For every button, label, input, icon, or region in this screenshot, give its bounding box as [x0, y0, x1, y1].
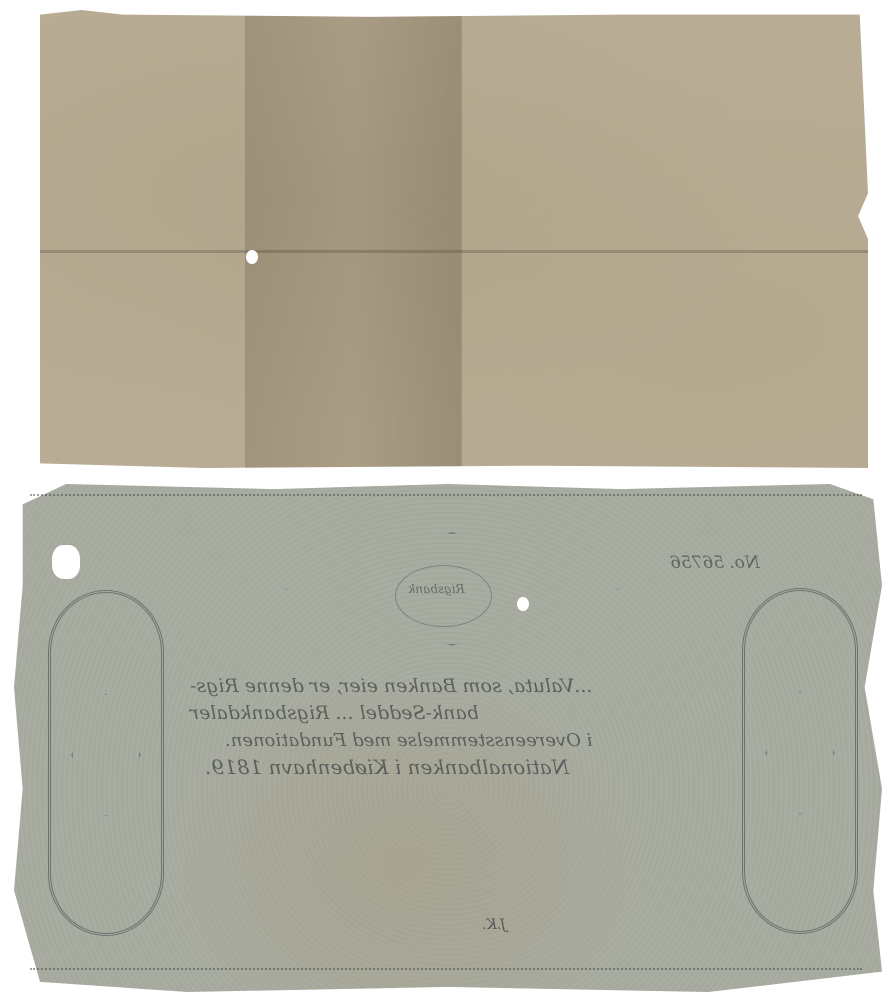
center-cartouche — [395, 565, 492, 627]
cartouche-text: Rigsbank — [408, 582, 465, 596]
bottom-ornamental-border — [30, 968, 862, 980]
serial-number: No. 56756 — [670, 553, 760, 573]
paper-hole — [246, 250, 258, 264]
fold-line-horizontal — [40, 250, 868, 253]
signature-initials: J.K. — [482, 917, 506, 933]
top-ornamental-border — [30, 494, 862, 506]
body-text-line-2: bank-Seddel ... Rigsbankdaler — [190, 702, 479, 724]
right-ornament-panel — [742, 588, 858, 934]
paper-hole — [52, 545, 80, 579]
body-text-line-3: i Overeensstemmelse med Fundationen. — [225, 730, 592, 751]
banknote-back — [40, 10, 868, 468]
body-text-line-4: Nationalbanken i Kiøbenhavn 1819. — [205, 755, 569, 779]
paper-hole — [517, 597, 529, 611]
left-ornament-panel — [48, 590, 164, 936]
fold-line-vertical — [460, 10, 462, 468]
dark-band — [245, 10, 460, 468]
body-text-line-1: ...Valuta, som Banken eier, er denne Rig… — [190, 675, 592, 697]
